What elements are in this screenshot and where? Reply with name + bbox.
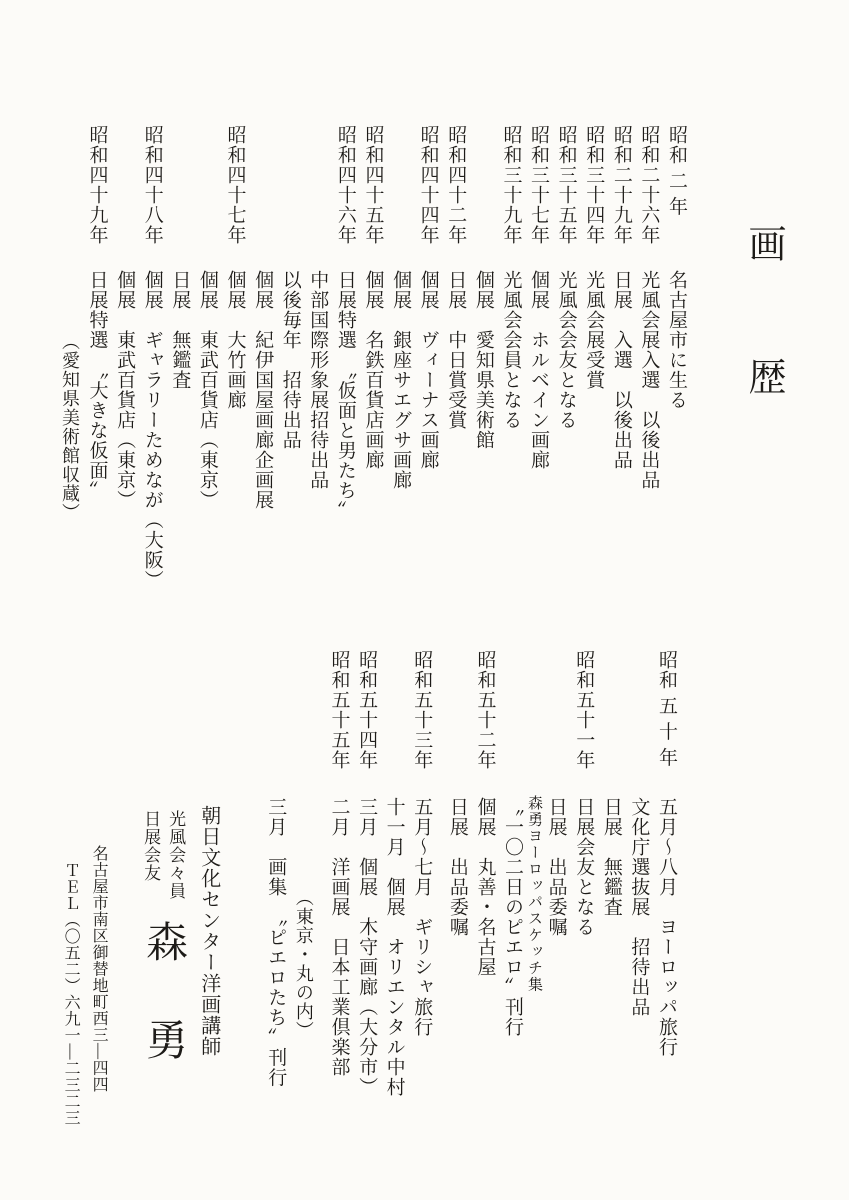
career-column: 昭和五十四年三月 個展 木守画廊（大分市） bbox=[352, 650, 380, 1130]
era-year: 昭和四十二年 bbox=[442, 125, 470, 270]
career-column: 昭和二十六年光風会展入選 以後出品 bbox=[635, 125, 663, 625]
career-column: 文化庁選抜展 招待出品 bbox=[625, 650, 653, 1130]
entry-text: 日展 無鑑査 bbox=[169, 270, 190, 390]
entry-text: 以後毎年 招待出品 bbox=[280, 270, 301, 450]
entry-text: 個展 紀伊国屋画廊企画展 bbox=[252, 270, 273, 510]
career-column: 昭和 五 十 年五月〜八月 ヨーロッパ旅行 bbox=[652, 650, 680, 1130]
entry-text: 個展 東武百貨店（東京） bbox=[114, 270, 135, 510]
career-column: 日展 出品委嘱 bbox=[443, 650, 471, 1130]
entry-text: 五月〜七月 ギリシャ旅行 bbox=[411, 797, 432, 1037]
telephone-line: ＴＥＬ（〇五二）六九一―二三二三 bbox=[59, 650, 81, 1130]
venue-location-column: （東京・丸の内） bbox=[289, 650, 317, 1130]
entry-text: 二月 洋画展 日本工業倶楽部 bbox=[328, 797, 349, 1077]
entry-text: 名古屋市南区御替地町西三―四四 bbox=[90, 845, 107, 1093]
era-year: 昭和 二 年 bbox=[662, 125, 690, 270]
artist-name: 森勇 bbox=[135, 920, 190, 1116]
entry-text: （愛知県美術館収蔵） bbox=[60, 332, 80, 522]
page-title: 画歴 bbox=[743, 224, 783, 490]
era-year: 昭和五十一年 bbox=[570, 650, 598, 797]
career-column: 昭和五十三年五月〜七月 ギリシャ旅行 bbox=[408, 650, 436, 1130]
career-column: 昭和四十九年日展特選 〝大きな仮面〟 bbox=[83, 125, 111, 625]
entry-text: 日展 無鑑査 bbox=[601, 797, 622, 917]
career-column: 昭和四十七年個展 大竹画廊 bbox=[221, 125, 249, 625]
artist-signature-group: 光風会々員 日展会友 森勇 bbox=[135, 650, 190, 1130]
entry-text: 光風会展入選 以後出品 bbox=[638, 270, 659, 490]
career-column: 中部国際形象展招待出品 bbox=[304, 125, 332, 625]
career-column: 昭和五十五年二月 洋画展 日本工業倶楽部 bbox=[325, 650, 353, 1130]
entry-text: 個展 大竹画廊 bbox=[225, 270, 246, 410]
entry-text: 個展 丸善・名古屋 bbox=[474, 797, 495, 977]
career-column: 個展 東武百貨店（東京） bbox=[111, 125, 139, 625]
career-column: 昭和四十六年日展特選 〝仮面と男たち〟 bbox=[331, 125, 359, 625]
entry-text: 日展 出品委嘱 bbox=[546, 797, 567, 937]
era-year: 昭和四十五年 bbox=[359, 125, 387, 270]
era-year: 昭和二十六年 bbox=[635, 125, 663, 270]
lecturer-credit: 朝日文化センター洋画講師 bbox=[194, 650, 222, 1130]
entry-text: 十一月 個展 オリエンタル中村 bbox=[384, 797, 405, 1097]
entry-text: 三月 個展 木守画廊（大分市） bbox=[356, 797, 377, 1097]
entry-text: 個展 愛知県美術館 bbox=[473, 270, 494, 450]
entry-text: 中部国際形象展招待出品 bbox=[307, 270, 328, 490]
entry-text: 光風会展受賞 bbox=[583, 270, 604, 390]
career-column: 三月 画集 〝ピエロたち〟刊行 bbox=[262, 650, 290, 1130]
entry-text: （東京・丸の内） bbox=[294, 888, 314, 1040]
era-year: 昭和三十九年 bbox=[497, 125, 525, 270]
entry-text: 日展 中日賞受賞 bbox=[445, 270, 466, 430]
entry-text: 森勇ヨーロッパスケッチ集 bbox=[526, 795, 542, 993]
entry-text: 個展 名鉄百貨店画廊 bbox=[362, 270, 383, 470]
entry-text: 個展 ギャラリーためなが（大阪） bbox=[142, 270, 163, 590]
era-year: 昭和三十七年 bbox=[524, 125, 552, 270]
career-column: 個展 愛知県美術館 bbox=[469, 125, 497, 625]
entry-text: 個展 東武百貨店（東京） bbox=[197, 270, 218, 510]
career-column: 昭和四十五年個展 名鉄百貨店画廊 bbox=[359, 125, 387, 625]
career-column: 昭和 二 年名古屋市に生る bbox=[662, 125, 690, 625]
era-year: 昭和四十九年 bbox=[83, 125, 111, 270]
career-history-bottom-block: 昭和 五 十 年五月〜八月 ヨーロッパ旅行 文化庁選抜展 招待出品 日展 無鑑査… bbox=[59, 650, 680, 1130]
entry-text: 文化庁選抜展 招待出品 bbox=[628, 797, 649, 1017]
career-column: 昭和三十四年光風会展受賞 bbox=[580, 125, 608, 625]
era-year: 昭和四十六年 bbox=[331, 125, 359, 270]
entry-text: 光風会会友となる bbox=[556, 270, 577, 430]
career-column: 個展 銀座サエグサ画廊 bbox=[386, 125, 414, 625]
entry-text: 名古屋市に生る bbox=[666, 270, 687, 410]
era-year: 昭和五十五年 bbox=[325, 650, 353, 797]
career-column: 昭和四十四年個展 ヴィーナス画廊 bbox=[414, 125, 442, 625]
entry-text: 日展 入選 以後出品 bbox=[611, 270, 632, 470]
era-year: 昭和五十四年 bbox=[352, 650, 380, 797]
entry-text: ＴＥＬ（〇五二）六九一―二三二三 bbox=[62, 862, 79, 1126]
affiliation-kofukai: 光風会々員 bbox=[163, 810, 188, 900]
era-year: 昭和四十七年 bbox=[221, 125, 249, 270]
career-history-top-block: 昭和 二 年名古屋市に生る 昭和二十六年光風会展入選 以後出品 昭和二十九年日展… bbox=[55, 125, 690, 625]
era-year: 昭和五十二年 bbox=[471, 650, 499, 797]
career-column: 昭和五十一年日展会友となる bbox=[570, 650, 598, 1130]
career-column: 個展 紀伊国屋画廊企画展 bbox=[249, 125, 277, 625]
era-year: 昭和 五 十 年 bbox=[652, 650, 680, 797]
entry-text: 日展特選 〝大きな仮面〟 bbox=[87, 270, 108, 501]
era-year: 昭和四十八年 bbox=[138, 125, 166, 270]
career-column: 昭和四十二年日展 中日賞受賞 bbox=[442, 125, 470, 625]
era-year: 昭和二十九年 bbox=[607, 125, 635, 270]
career-column: 昭和三十九年光風会会員となる bbox=[497, 125, 525, 625]
career-column: 以後毎年 招待出品 bbox=[276, 125, 304, 625]
entry-text: 個展 銀座サエグサ画廊 bbox=[390, 270, 411, 490]
affiliation-nitten: 日展会友 bbox=[138, 810, 163, 882]
entry-text: 〝一〇二日のピエロ〟刊行 bbox=[502, 797, 523, 1037]
entry-text: 五月〜八月 ヨーロッパ旅行 bbox=[656, 797, 677, 1057]
entry-text: 朝日文化センター洋画講師 bbox=[198, 805, 220, 1057]
era-year: 昭和三十五年 bbox=[552, 125, 580, 270]
career-column: 個展 東武百貨店（東京） bbox=[193, 125, 221, 625]
career-column-annotation: （愛知県美術館収蔵） bbox=[55, 125, 83, 625]
career-column: 日展 無鑑査 bbox=[166, 125, 194, 625]
career-column: 昭和五十二年個展 丸善・名古屋 bbox=[471, 650, 499, 1130]
era-year: 昭和三十四年 bbox=[580, 125, 608, 270]
career-column: 十一月 個展 オリエンタル中村 bbox=[380, 650, 408, 1130]
career-column: 日展 無鑑査 bbox=[597, 650, 625, 1130]
entry-text: 日展会友となる bbox=[573, 797, 594, 937]
entry-text: 日展特選 〝仮面と男たち〟 bbox=[335, 270, 356, 521]
era-year: 昭和四十四年 bbox=[414, 125, 442, 270]
career-column: 〝一〇二日のピエロ〟刊行 bbox=[498, 650, 526, 1130]
era-year: 昭和五十三年 bbox=[408, 650, 436, 797]
career-column: 昭和二十九年日展 入選 以後出品 bbox=[607, 125, 635, 625]
entry-text: 個展 ホルベイン画廊 bbox=[528, 270, 549, 470]
entry-text: 三月 画集 〝ピエロたち〟刊行 bbox=[265, 797, 286, 1088]
career-column: 日展 出品委嘱 bbox=[542, 650, 570, 1130]
career-column: 昭和三十七年個展 ホルベイン画廊 bbox=[524, 125, 552, 625]
entry-text: 光風会会員となる bbox=[500, 270, 521, 430]
career-column: 昭和三十五年光風会会友となる bbox=[552, 125, 580, 625]
address-line: 名古屋市南区御替地町西三―四四 bbox=[87, 650, 109, 1130]
entry-text: 個展 ヴィーナス画廊 bbox=[418, 270, 439, 470]
sketchbook-note-column: 森勇ヨーロッパスケッチ集 bbox=[526, 650, 542, 1130]
career-column: 昭和四十八年個展 ギャラリーためなが（大阪） bbox=[138, 125, 166, 625]
entry-text: 日展 出品委嘱 bbox=[447, 797, 468, 937]
